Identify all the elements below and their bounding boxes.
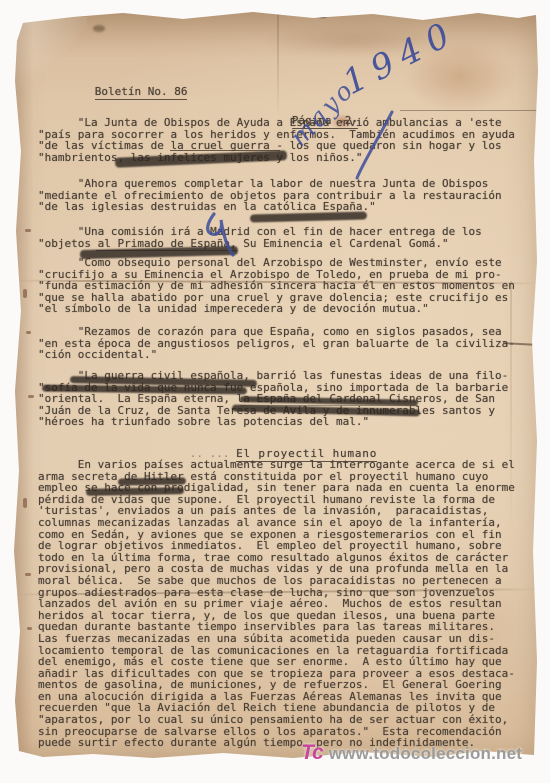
watermark: Tc www.todocoleccion.net <box>301 741 522 765</box>
margin-mark <box>23 498 27 508</box>
margin-mark <box>27 627 32 630</box>
paragraph-crucifijo: "Como obsequio personal del Arzobispo de… <box>38 257 515 315</box>
paragraph-rezamos: "Rezamos de corazón para que España, com… <box>38 326 515 361</box>
stain <box>263 23 443 57</box>
paragraph-junta-obispos: "Ahora queremos completar la labor de nu… <box>38 178 502 213</box>
document-page: Boletín No. 86 Página -2- "La Junta de O… <box>13 11 538 759</box>
stain <box>93 25 105 32</box>
margin-mark <box>25 229 31 232</box>
pen-mark-hitler <box>118 477 186 485</box>
margin-mark <box>28 395 34 398</box>
pen-mark-catolica-espana <box>250 211 367 222</box>
edge-tear <box>400 110 538 111</box>
bulletin-number: Boletín No. 86 <box>55 74 187 109</box>
margin-mark <box>25 573 31 576</box>
paragraph-comision-madrid: "Una comisión irá a Madrid con el fin de… <box>38 226 482 249</box>
bulletin-number-label: Boletín No. 86 <box>95 85 188 100</box>
paragraph-proyectil-humano: En varios países actualmente surge la in… <box>38 459 515 749</box>
watermark-url: www.todocoleccion.net <box>329 744 522 764</box>
stain <box>316 13 328 18</box>
margin-mark <box>23 289 27 298</box>
handwritten-year: 1940 <box>337 12 464 103</box>
stain <box>405 41 515 113</box>
margin-mark <box>26 331 31 334</box>
scanned-document-photo: Boletín No. 86 Página -2- "La Junta de O… <box>0 0 550 783</box>
todocoleccion-logo: Tc <box>301 741 323 765</box>
